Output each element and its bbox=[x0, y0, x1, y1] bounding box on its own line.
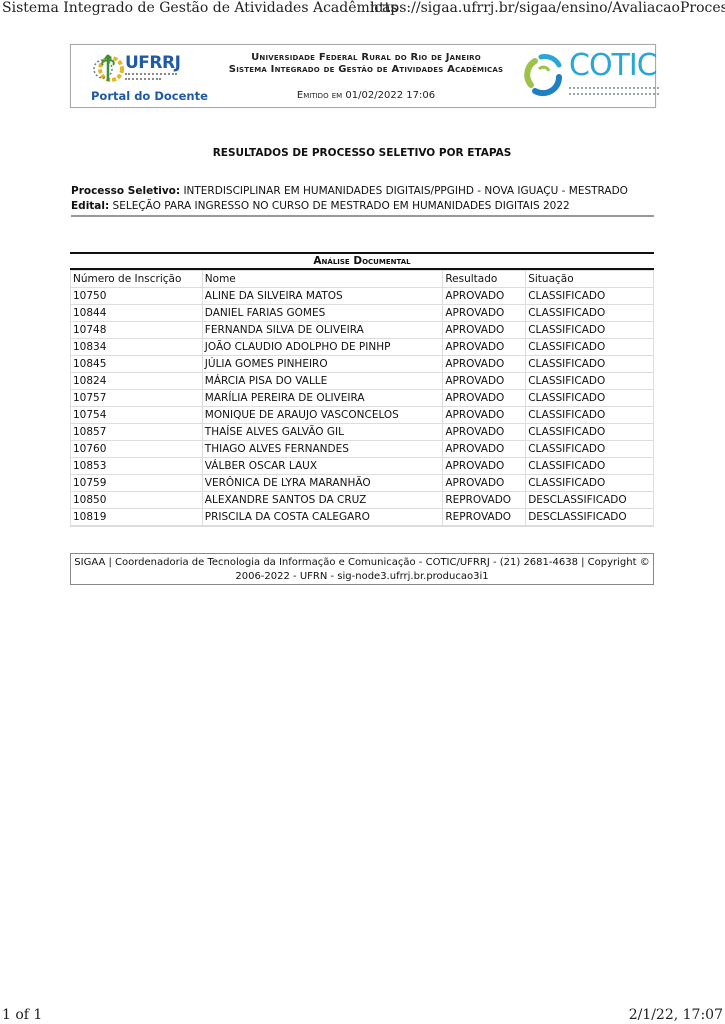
cell-inscricao: 10757 bbox=[71, 390, 203, 407]
cell-situacao: CLASSIFICADO bbox=[526, 407, 654, 424]
cell-inscricao: 10754 bbox=[71, 407, 203, 424]
cell-situacao: CLASSIFICADO bbox=[526, 475, 654, 492]
report-title: RESULTADOS DE PROCESSO SELETIVO POR ETAP… bbox=[70, 147, 654, 159]
header-center: Universidade Federal Rural do Rio de Jan… bbox=[201, 52, 531, 102]
university-name: Universidade Federal Rural do Rio de Jan… bbox=[201, 52, 531, 64]
print-datetime: 2/1/22, 17:07 bbox=[629, 1006, 723, 1024]
cotic-logo-text: COTIC bbox=[569, 49, 657, 83]
table-row: 10750ALINE DA SILVEIRA MATOSAPROVADOCLAS… bbox=[71, 288, 654, 305]
table-row: 10853VÁLBER OSCAR LAUXAPROVADOCLASSIFICA… bbox=[71, 458, 654, 475]
table-row: 10759VERÔNICA DE LYRA MARANHÃOAPROVADOCL… bbox=[71, 475, 654, 492]
cell-nome: JOÃO CLAUDIO ADOLPHO DE PINHP bbox=[202, 339, 443, 356]
cell-resultado: APROVADO bbox=[443, 322, 526, 339]
cell-nome: ALINE DA SILVEIRA MATOS bbox=[202, 288, 443, 305]
cell-inscricao: 10850 bbox=[71, 492, 203, 509]
cell-situacao: CLASSIFICADO bbox=[526, 305, 654, 322]
cell-nome: THIAGO ALVES FERNANDES bbox=[202, 441, 443, 458]
table-row: 10819PRISCILA DA COSTA CALEGAROREPROVADO… bbox=[71, 509, 654, 527]
cell-resultado: APROVADO bbox=[443, 475, 526, 492]
cell-inscricao: 10834 bbox=[71, 339, 203, 356]
cell-situacao: DESCLASSIFICADO bbox=[526, 492, 654, 509]
table-caption: Análise Documental bbox=[70, 252, 654, 270]
portal-label: Portal do Docente bbox=[91, 89, 208, 103]
cell-resultado: APROVADO bbox=[443, 441, 526, 458]
column-header-inscricao: Número de Inscrição bbox=[71, 271, 203, 288]
cell-situacao: CLASSIFICADO bbox=[526, 441, 654, 458]
table-row: 10844DANIEL FARIAS GOMESAPROVADOCLASSIFI… bbox=[71, 305, 654, 322]
cell-inscricao: 10819 bbox=[71, 509, 203, 527]
print-header: Sistema Integrado de Gestão de Atividade… bbox=[0, 0, 725, 16]
cotic-logo-subtitle bbox=[569, 87, 659, 89]
cell-situacao: CLASSIFICADO bbox=[526, 390, 654, 407]
footer-line-1: SIGAA | Coordenadoria de Tecnologia da I… bbox=[71, 556, 653, 570]
issued-at: Emitido em 01/02/2022 17:06 bbox=[201, 90, 531, 102]
cell-nome: MONIQUE DE ARAUJO VASCONCELOS bbox=[202, 407, 443, 424]
table-row: 10757MARÍLIA PEREIRA DE OLIVEIRAAPROVADO… bbox=[71, 390, 654, 407]
cell-situacao: CLASSIFICADO bbox=[526, 458, 654, 475]
ufrrj-logo-subtitle-2 bbox=[125, 78, 161, 84]
cell-resultado: APROVADO bbox=[443, 458, 526, 475]
cell-nome: FERNANDA SILVA DE OLIVEIRA bbox=[202, 322, 443, 339]
table-body: 10750ALINE DA SILVEIRA MATOSAPROVADOCLAS… bbox=[71, 288, 654, 527]
cell-situacao: CLASSIFICADO bbox=[526, 373, 654, 390]
column-header-resultado: Resultado bbox=[443, 271, 526, 288]
edital-row: Edital: SELEÇÃO PARA INGRESSO NO CURSO D… bbox=[71, 199, 654, 214]
ufrrj-emblem-icon bbox=[91, 51, 125, 87]
cell-nome: VERÔNICA DE LYRA MARANHÃO bbox=[202, 475, 443, 492]
cell-nome: ALEXANDRE SANTOS DA CRUZ bbox=[202, 492, 443, 509]
cell-inscricao: 10824 bbox=[71, 373, 203, 390]
column-header-situacao: Situação bbox=[526, 271, 654, 288]
edital-label: Edital: bbox=[71, 200, 109, 212]
cell-nome: MARÍLIA PEREIRA DE OLIVEIRA bbox=[202, 390, 443, 407]
cell-inscricao: 10844 bbox=[71, 305, 203, 322]
cell-inscricao: 10845 bbox=[71, 356, 203, 373]
page-count: 1 of 1 bbox=[2, 1006, 42, 1024]
cell-inscricao: 10857 bbox=[71, 424, 203, 441]
cell-situacao: CLASSIFICADO bbox=[526, 288, 654, 305]
column-header-nome: Nome bbox=[202, 271, 443, 288]
cotic-logo-subtitle-2 bbox=[569, 93, 659, 95]
edital-value: SELEÇÃO PARA INGRESSO NO CURSO DE MESTRA… bbox=[113, 200, 570, 212]
system-name: Sistema Integrado de Gestão de Atividade… bbox=[201, 64, 531, 76]
table-row: 10754MONIQUE DE ARAUJO VASCONCELOSAPROVA… bbox=[71, 407, 654, 424]
table-row: 10845JÚLIA GOMES PINHEIROAPROVADOCLASSIF… bbox=[71, 356, 654, 373]
cotic-logo: COTIC bbox=[521, 49, 655, 103]
process-info: Processo Seletivo: INTERDISCIPLINAR EM H… bbox=[71, 184, 654, 217]
cell-resultado: APROVADO bbox=[443, 373, 526, 390]
cell-resultado: APROVADO bbox=[443, 390, 526, 407]
cell-situacao: DESCLASSIFICADO bbox=[526, 509, 654, 527]
cell-nome: JÚLIA GOMES PINHEIRO bbox=[202, 356, 443, 373]
cell-resultado: REPROVADO bbox=[443, 492, 526, 509]
cell-situacao: CLASSIFICADO bbox=[526, 322, 654, 339]
ufrrj-logo-text: UFRRJ bbox=[125, 53, 180, 73]
table-row: 10824MÁRCIA PISA DO VALLEAPROVADOCLASSIF… bbox=[71, 373, 654, 390]
cell-inscricao: 10750 bbox=[71, 288, 203, 305]
table-row: 10748FERNANDA SILVA DE OLIVEIRAAPROVADOC… bbox=[71, 322, 654, 339]
cell-nome: VÁLBER OSCAR LAUX bbox=[202, 458, 443, 475]
document-header: UFRRJ Portal do Docente Universidade Fed… bbox=[70, 44, 656, 108]
cell-inscricao: 10853 bbox=[71, 458, 203, 475]
cell-resultado: APROVADO bbox=[443, 305, 526, 322]
cell-inscricao: 10759 bbox=[71, 475, 203, 492]
site-footer: SIGAA | Coordenadoria de Tecnologia da I… bbox=[70, 553, 654, 585]
issued-at-label: Emitido em bbox=[297, 90, 342, 101]
cell-situacao: CLASSIFICADO bbox=[526, 424, 654, 441]
issued-at-value: 01/02/2022 17:06 bbox=[345, 90, 435, 101]
cell-resultado: APROVADO bbox=[443, 288, 526, 305]
cell-nome: THAÍSE ALVES GALVÃO GIL bbox=[202, 424, 443, 441]
print-footer: 1 of 1 2/1/22, 17:07 bbox=[0, 1006, 725, 1024]
ufrrj-logo: UFRRJ Portal do Docente bbox=[87, 49, 197, 103]
table-row: 10850ALEXANDRE SANTOS DA CRUZREPROVADODE… bbox=[71, 492, 654, 509]
cell-situacao: CLASSIFICADO bbox=[526, 356, 654, 373]
footer-line-2: 2006-2022 - UFRN - sig-node3.ufrrj.br.pr… bbox=[71, 570, 653, 584]
cell-inscricao: 10748 bbox=[71, 322, 203, 339]
process-row: Processo Seletivo: INTERDISCIPLINAR EM H… bbox=[71, 184, 654, 199]
print-page-url: https://sigaa.ufrrj.br/sigaa/ensino/Aval… bbox=[370, 0, 725, 16]
cell-resultado: APROVADO bbox=[443, 356, 526, 373]
cell-resultado: APROVADO bbox=[443, 339, 526, 356]
cell-resultado: APROVADO bbox=[443, 424, 526, 441]
cell-inscricao: 10760 bbox=[71, 441, 203, 458]
cell-resultado: REPROVADO bbox=[443, 509, 526, 527]
cell-situacao: CLASSIFICADO bbox=[526, 339, 654, 356]
cell-nome: DANIEL FARIAS GOMES bbox=[202, 305, 443, 322]
table-header-row: Número de Inscrição Nome Resultado Situa… bbox=[71, 271, 654, 288]
table-row: 10857THAÍSE ALVES GALVÃO GILAPROVADOCLAS… bbox=[71, 424, 654, 441]
print-page-title: Sistema Integrado de Gestão de Atividade… bbox=[2, 0, 398, 16]
cotic-swirl-icon bbox=[521, 51, 567, 97]
cell-nome: MÁRCIA PISA DO VALLE bbox=[202, 373, 443, 390]
table-row: 10834JOÃO CLAUDIO ADOLPHO DE PINHPAPROVA… bbox=[71, 339, 654, 356]
process-label: Processo Seletivo: bbox=[71, 185, 180, 197]
table-row: 10760THIAGO ALVES FERNANDESAPROVADOCLASS… bbox=[71, 441, 654, 458]
process-value: INTERDISCIPLINAR EM HUMANIDADES DIGITAIS… bbox=[183, 185, 628, 197]
cell-resultado: APROVADO bbox=[443, 407, 526, 424]
results-section: Análise Documental Número de Inscrição N… bbox=[70, 252, 654, 527]
cell-nome: PRISCILA DA COSTA CALEGARO bbox=[202, 509, 443, 527]
results-table: Número de Inscrição Nome Resultado Situa… bbox=[70, 270, 654, 527]
